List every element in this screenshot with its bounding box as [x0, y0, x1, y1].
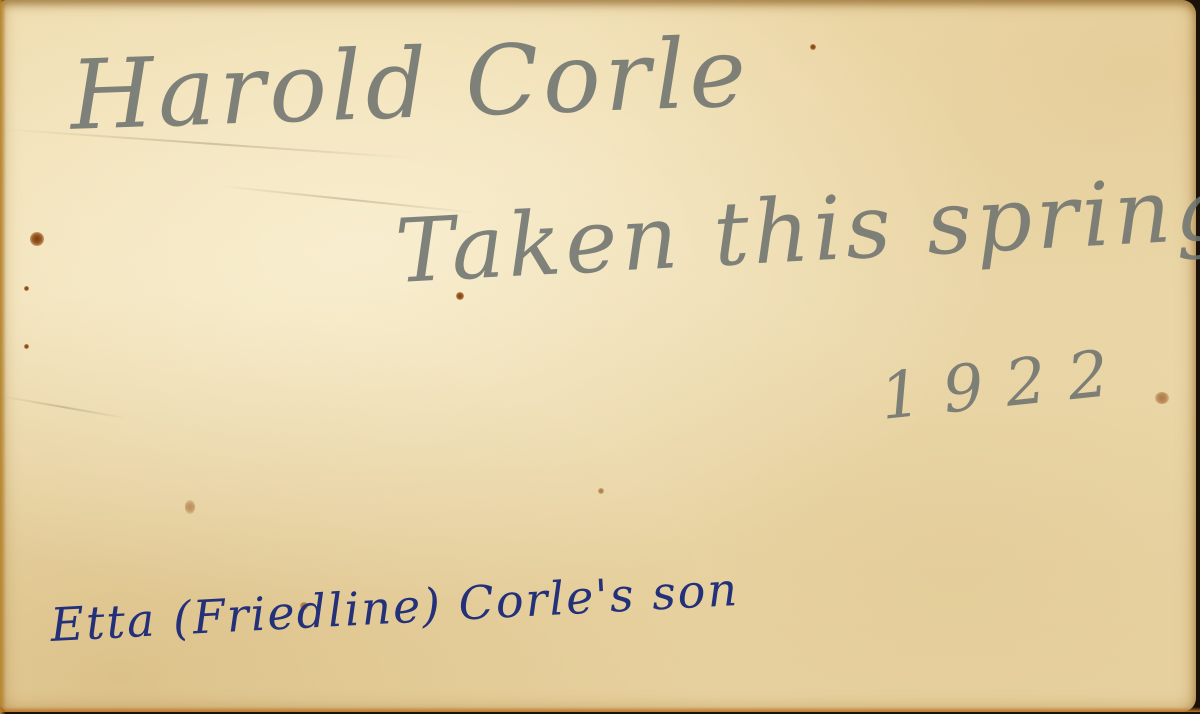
inscription-relation: Etta (Friedline) Corle's son	[49, 562, 740, 652]
inscription-name: Harold Corle	[68, 16, 751, 152]
card-edge-left	[0, 0, 6, 714]
inscription-year: 1922	[877, 335, 1134, 435]
photo-card-back: Harold Corle Taken this spring 1922 Etta…	[0, 0, 1196, 712]
foxing-stain	[24, 286, 29, 291]
foxing-stain	[598, 488, 604, 494]
crease-mark	[0, 395, 128, 420]
foxing-stain	[30, 232, 44, 246]
foxing-stain	[24, 344, 29, 349]
foxing-stain	[1155, 392, 1169, 404]
foxing-stain	[185, 500, 195, 514]
inscription-note: Taken this spring	[393, 156, 1200, 303]
foxing-stain	[810, 44, 816, 50]
card-edge-bottom	[0, 707, 1200, 712]
